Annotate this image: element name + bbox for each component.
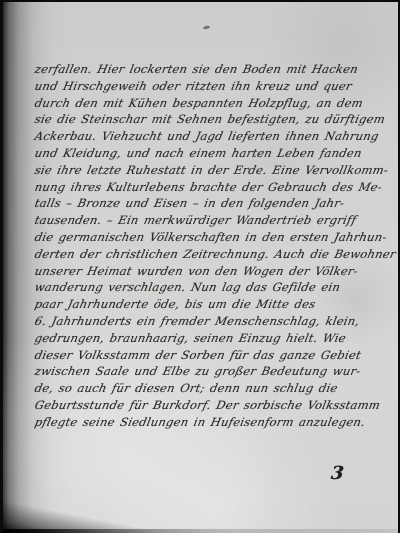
handwritten-line: zerfallen. Hier lockerten sie den Boden … [33, 61, 367, 78]
handwritten-line: und Kleidung, und nach einem harten Lebe… [33, 145, 367, 162]
handwritten-line: Ackerbau. Viehzucht und Jagd lieferten i… [33, 128, 367, 145]
handwritten-line: tausenden. – Ein merkwürdiger Wandertrie… [33, 212, 367, 229]
handwritten-line: pflegte seine Siedlungen in Hufeisenform… [33, 414, 367, 431]
handwritten-line: sie die Steinschar mit Sehnen befestigte… [33, 111, 367, 128]
scanned-manuscript-page: zerfallen. Hier lockerten sie den Boden … [0, 0, 400, 533]
handwritten-line: wanderung verschlagen. Nun lag das Gefil… [33, 279, 367, 296]
handwritten-line: zwischen Saale und Elbe zu großer Bedeut… [33, 363, 367, 380]
handwritten-line: durch den mit Kühen bespannten Holzpflug… [33, 95, 367, 112]
handwritten-line: gedrungen, braunhaarig, seinen Einzug hi… [33, 330, 367, 347]
handwritten-line: de, so auch für diesen Ort; denn nun sch… [33, 380, 367, 397]
handwritten-line: dieser Volksstamm der Sorben für das gan… [33, 347, 367, 364]
handwritten-line: Geburtsstunde für Burkdorf. Der sorbisch… [33, 397, 367, 414]
handwritten-line: paar Jahrhunderte öde, bis um die Mitte … [33, 296, 367, 313]
paper: zerfallen. Hier lockerten sie den Boden … [3, 2, 398, 533]
handwritten-line: talls – Bronze und Eisen – in den folgen… [33, 195, 367, 212]
page-number: 3 [330, 463, 345, 484]
handwritten-line: die germanischen Völkerschaften in den e… [33, 229, 367, 246]
handwritten-line: unserer Heimat wurden von den Wogen der … [33, 263, 367, 280]
handwritten-line: und Hirschgeweih oder ritzten ihn kreuz … [33, 78, 367, 95]
handwritten-line: 6. Jahrhunderts ein fremder Menschenschl… [33, 313, 367, 330]
handwritten-line: derten der christlichen Zeitrechnung. Au… [33, 246, 367, 263]
ink-speck [203, 25, 210, 29]
handwritten-line: sie ihre letzte Ruhestatt in der Erde. E… [33, 162, 367, 179]
bottom-edge-shadow [3, 529, 398, 533]
handwritten-line: nung ihres Kulturlebens brachte der Gebr… [33, 179, 367, 196]
manuscript-text: zerfallen. Hier lockerten sie den Boden … [33, 61, 363, 431]
